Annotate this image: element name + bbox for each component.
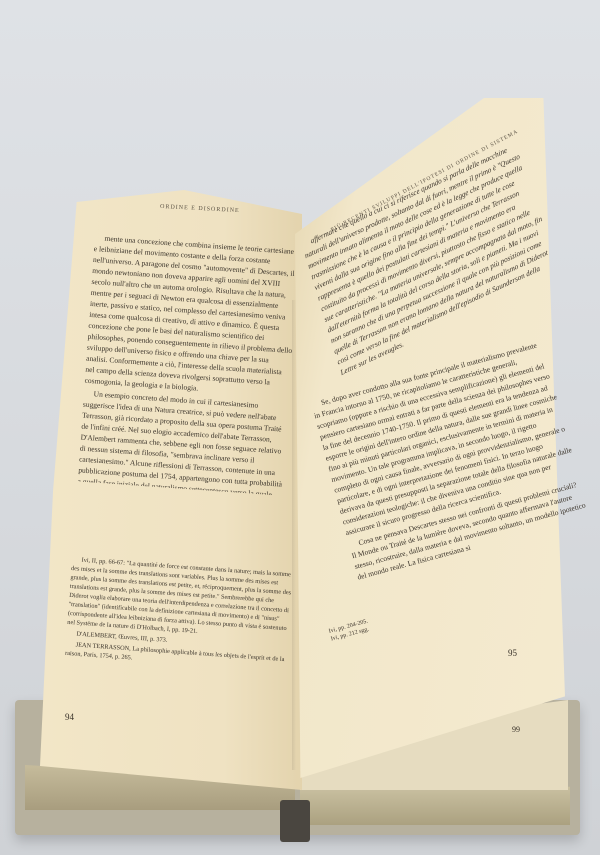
left-page-number: 94 xyxy=(65,712,74,722)
right-page-number: 95 xyxy=(508,648,517,658)
underlying-page-number: 99 xyxy=(512,725,520,734)
left-footnotes: Ivi, II, pp. 66-67: "La quantité de forc… xyxy=(64,555,296,680)
book-gutter xyxy=(292,300,296,770)
photo-scene: 99 ORDINE E DISORDINE mente una concezio… xyxy=(0,0,600,855)
left-body-text: mente una concezione che combina insieme… xyxy=(78,232,300,496)
left-paragraph-1: mente una concezione che combina insieme… xyxy=(84,232,299,400)
left-paragraph-2: Un esempio concreto del modo in cui il c… xyxy=(78,388,289,496)
footnote: Ivi, II, pp. 66-67: "La quantité de forc… xyxy=(67,555,296,643)
book-spine xyxy=(280,800,310,842)
